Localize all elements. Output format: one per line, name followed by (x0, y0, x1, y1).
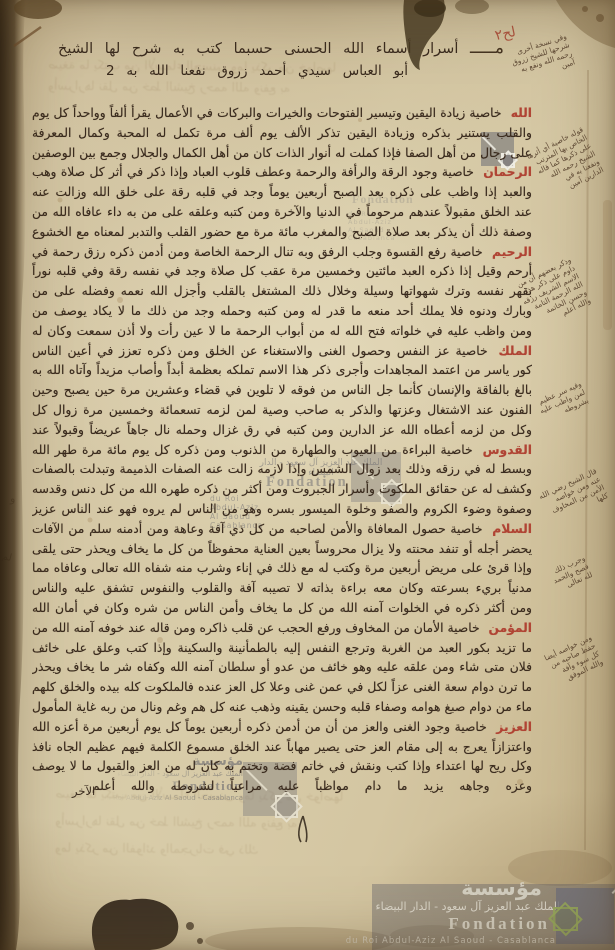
divine-name-rubric: الرحمان (478, 165, 532, 179)
manuscript-line: العزيز خاصية وجود الغنى والعز من أن من أ… (32, 718, 532, 738)
spine-edge (0, 0, 26, 950)
divine-name-rubric: العزيز (491, 720, 532, 734)
manuscript-line: وكشف له عن حقائق الملكوت وأسرار الجبروت … (32, 480, 532, 500)
divine-name-rubric: المؤمن (484, 621, 532, 635)
manuscript-line: وإذا قرئ على مريض أربعين مرة وكتب له مع … (32, 559, 532, 579)
margin-note: قوله خاصية أي أثرهاالخاص بها المترتبعلى … (525, 125, 605, 201)
manuscript-line: وصفوة وضوء الكروم والصفو وخلوة الميسور ب… (32, 500, 532, 520)
divine-name-rubric: الله (506, 106, 532, 120)
manuscript-line: بالغ بالفاقة والإنسان كأنما جل الناس من … (32, 381, 532, 401)
manuscript-line: الرحمان خاصية وجود الرقة والرأفة والرحمة… (32, 163, 532, 183)
divine-name-rubric: القدوس (478, 443, 532, 457)
margin-note: وفيه سر عظيملمن واظب عليهبشروطه (535, 379, 590, 423)
manuscript-line: المؤمن خاصية الأمان من المخاوف ورفع الحج… (32, 619, 532, 639)
manuscript-line: الفنون عند الاشتغال وعزتها والذكر به صاح… (32, 401, 532, 421)
fondation-logo-icon (556, 888, 614, 944)
manuscript-text-block: الله خاصية زيادة اليقين وتيسير الفتوحات … (32, 104, 532, 797)
manuscript-line: كور ياسر من اعتمد المجاهدات وأجرى ذكر هذ… (32, 361, 532, 381)
divine-name-rubric: الملك (493, 344, 532, 358)
manuscript-line: أرحم وقيل إذا ذكره العبد مائتين وخمسين م… (32, 262, 532, 282)
margin-note-top: وفي نسخة أخرىشرحها للشيخ زروقرحمه الله و… (508, 32, 576, 85)
left-edge-mark: لم (1, 551, 13, 564)
catchword: الآخر (72, 784, 95, 798)
stamp-line-ar: الملك عبد العزيز آل سعود - الدار البيضاء (375, 900, 560, 913)
title-line-1: مـــــ أسرار أسماء الله الحسنى حسبما كتب… (58, 36, 504, 60)
manuscript-line: على رجال من أهل الصفا فإذا كملت له أنوار… (32, 144, 532, 164)
manuscript-line: والعبد إذا واظب على ذكره بعد الصبح أربعي… (32, 183, 532, 203)
manuscript-line: القدوس خاصية البراءة من العيوب والطهارة … (32, 441, 532, 461)
manuscript-line: فلان متى شاء ومن علقه عليه وهو خائف من ع… (32, 658, 532, 678)
margin-note: قال الشيخ رضي اللهعنه ومن خواصهالأمن من … (537, 466, 609, 525)
manuscript-line: ماء من دوام صبغ هوامه وصفاء قلبه وحسن يق… (32, 698, 532, 718)
manuscript-line: عند الخلق مقبولاً عندهم مرحوماً في الدني… (32, 203, 532, 223)
manuscript-line: الرحيم خاصية رفع القسوة وجلب الرفق وبه ت… (32, 243, 532, 263)
manuscript-line: ومن واظب عليه في خلواته فتح الله له من أ… (32, 322, 532, 342)
left-edge-mark: و (10, 492, 15, 505)
ink-stain (14, 0, 62, 19)
manuscript-page: صيغة ما يكتب من الأسماء الحسنى وما يذكر … (0, 0, 615, 950)
stamp-org-fr: Fondation (448, 914, 550, 934)
manuscript-line: وعزه وجاهه يزيد ما دام مواظباً عليه مراع… (92, 777, 532, 797)
manuscript-line: مدنياً بريء بسرعته وكان معه براءة بذاته … (32, 579, 532, 599)
manuscript-line: ما تزيد بكور العبد من الغربة وترجع النفس… (32, 639, 532, 659)
margin-note: وجرب ذلكفصح والحمدلله تعالى (548, 553, 594, 593)
title-line-2: أبو العباس سيدي أحمد زروق نفعنا الله به … (106, 60, 408, 83)
manuscript-line: ما ترن دوام سعة الغنى عزاً لكل في عمن غن… (32, 678, 532, 698)
manuscript-line: بقهر نفسه وترك شهواتها وسيلة وخلال ذلك ا… (32, 282, 532, 302)
fondation-stamp-overlay: مؤسسة الملك عبد العزيز آل سعود - الدار ا… (372, 884, 615, 950)
manuscript-line: وكل من لزمه أعطاه الله عز الدارين ومن كت… (32, 421, 532, 441)
manuscript-line: وكل ريح لها اعتداء وإذا كتب ونقش في خاتم… (32, 757, 532, 777)
ink-stain (414, 0, 446, 17)
crease-line (585, 70, 588, 850)
stamp-org-ar: مؤسسة (461, 876, 542, 900)
red-corner-mark: لح۲ (494, 24, 518, 44)
manuscript-line: الله خاصية زيادة اليقين وتيسير الفتوحات … (32, 104, 532, 124)
divine-name-rubric: السلام (487, 522, 532, 536)
edge-streak (603, 200, 612, 330)
manuscript-line: وبارك ودنوه فلا يملك أحد منعه ما قدر له … (32, 302, 532, 322)
manuscript-line: وبسط له في رزقه وذلك بعد زوال الشمس وإذا… (32, 460, 532, 480)
manuscript-line: السلام خاصية حصول المعافاة والأمن لصاحبه… (32, 520, 532, 540)
manuscript-line: ومن أكثر ذكره في الخلوات آمنه الله من كل… (32, 599, 532, 619)
manuscript-line: والقلب يستنير بذكره وزيادة اليقين تذكر ا… (32, 124, 532, 144)
pen-stroke (14, 27, 41, 46)
manuscript-line: واعتزازاً يعرج به إلى مقام العز حتى يصير… (32, 738, 532, 758)
manuscript-line: الملك خاصية عز النفس وحصول الغنى والاستغ… (32, 342, 532, 362)
manuscript-line: وصفة ذلك أن يذكر بعد صلاة الصبح والمغرب … (32, 223, 532, 243)
divine-name-rubric: الرحيم (487, 245, 532, 259)
stamp-line-fr: du Roi Abdul-Aziz Al Saoud - Casablanca (346, 936, 556, 946)
bottom-left-blot (92, 899, 178, 950)
margin-note: ومن خواصه أيضاحفظ صاحبه منكل سوء وآفةوال… (543, 633, 605, 687)
ink-stain (455, 0, 489, 14)
manuscript-line: يحضر أجله أو تنفد محنته ولا يزال محروساً… (32, 540, 532, 560)
